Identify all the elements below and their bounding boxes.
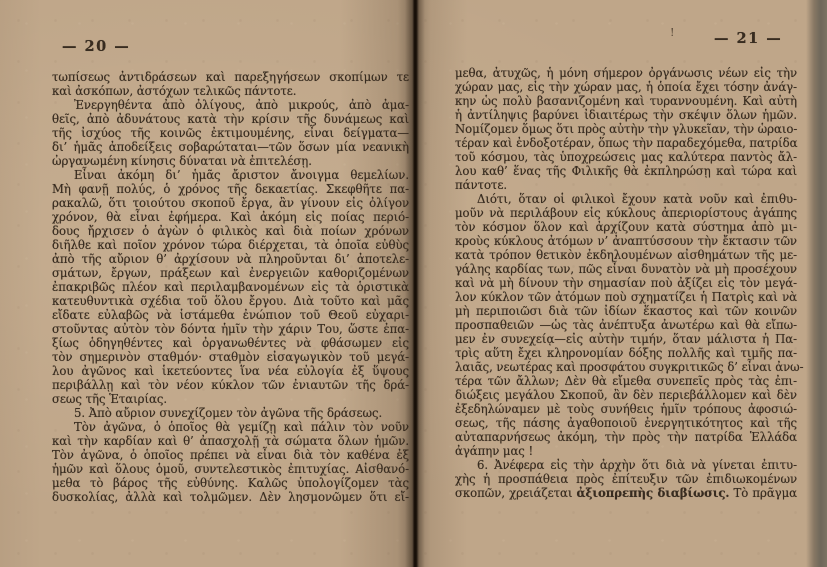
- left-page-number: — 20 —: [62, 38, 130, 55]
- text-line: στοῦντας αὐτὸν τὸν δόντα ἡμῖν τὴν χάριν …: [52, 322, 409, 336]
- text-line: θεῖς, ἀπὸ ἀδυνάτους κατὰ τὴν κρίσιν τῆς …: [52, 112, 409, 126]
- text-line: πάντοτε.: [455, 178, 797, 192]
- bold-phrase: ἀξιοπρεπὴς διαβίωσις.: [577, 486, 730, 500]
- text-line: κην ὡς πολὺ βασανιζομένη καὶ τυραννουμέν…: [455, 94, 797, 108]
- text-line: μοῦν νὰ περιλάβουν εἰς κύκλους ἀπεριορίσ…: [455, 206, 797, 220]
- text-line: Μὴ φανῇ πολύς, ὁ χρόνος τῆς δεκαετίας. Σ…: [52, 182, 409, 196]
- text-line: μεν ἐν συνεχείᾳ—εἰς αὐτὴν τιμήν, ὅταν μά…: [455, 332, 797, 346]
- text-line: γάλης καρδίας των, πῶς εἶναι δυνατὸν νὰ …: [455, 262, 797, 276]
- text-line: δι’ ἡμᾶς ἀποδείξεις σοβαρώταται—τῶν ὅσων…: [52, 140, 409, 154]
- text-line: δυσκολίας, ἀλλὰ καὶ τολμῶμεν. Δὲν λησμον…: [52, 490, 409, 504]
- left-page: — 20 — τωπίσεως ἀντιδράσεων καὶ παρεξηγή…: [0, 0, 414, 567]
- text-line: μὴ περιποιῶσι διὰ τῶν ἰδίων ἕκαστος καὶ …: [455, 304, 797, 318]
- text-line: καὶ ἀσκόπων, ἀστόχων τελικῶς πάντοτε.: [52, 84, 409, 98]
- text-line: σκοπῶν, χρειάζεται ἀξιοπρεπὴς διαβίωσις.…: [455, 486, 797, 500]
- text-line: τοῦ κόσμου, τὰς ὑποχρεώσεις μας καλύτερα…: [455, 150, 797, 164]
- text-line: τέραν καὶ ἐνδοξοτέραν, ὅπως τὴν παραδεχό…: [455, 136, 797, 150]
- text-line: κατὰ τρόπον θετικὸν ἐκδηλουμένων αἰσθημά…: [455, 248, 797, 262]
- text-line: προσπαθειῶν —ὡς τὰς ἀνέπτυξα ἀνωτέρω καὶ…: [455, 318, 797, 332]
- right-page-number: — 21 —: [714, 30, 782, 47]
- text-line: χρόνον, θὰ εἶναι ἐφήμερα. Καὶ ἀκόμη εἰς …: [52, 210, 409, 224]
- text-line: Τὸν ἀγῶνα, ὁ ὁποῖος πρέπει νὰ εἶναι διὰ …: [52, 448, 409, 462]
- text-segment: σκοπῶν, χρειάζεται: [455, 486, 577, 500]
- text-line: ἐπακριβῶς πλέον καὶ περιλαμβανομένων εἰς…: [52, 280, 409, 294]
- text-line: τὸν σημερινὸν σταθμόν· σταθμὸν εἰσαγωγικ…: [52, 350, 409, 364]
- text-line: ἡμῶν καὶ ὅλους ὁμοῦ, συντελεστικὸς ἐπιτυ…: [52, 462, 409, 476]
- text-line: λου ἀγῶνος καὶ ἱκετεύοντες ἵνα νέα εὐλογ…: [52, 364, 409, 378]
- text-line: χὴς ἡ προσπάθεια πρὸς ἐπίτευξιν τῶν ἐπιδ…: [455, 472, 797, 486]
- right-page: ! — 21 — μεθα, ἀτυχῶς, ἡ μόνη σήμερον ὀρ…: [414, 0, 827, 567]
- text-line: Ἐνεργηθέντα ἀπὸ ὀλίγους, ἀπὸ μικρούς, ἀπ…: [52, 98, 409, 112]
- text-line: Τὸν ἀγῶνα, ὁ ὁποῖος θὰ γεμίζῃ καὶ πάλιν …: [52, 420, 409, 434]
- text-line: καὶ νὰ μὴ δίνουν τὴν σημασίαν ποὺ ἀξίζει…: [455, 276, 797, 290]
- text-line: κατευθυντικὰ σχέδια τοῦ ὅλου ἔργου. Διὰ …: [52, 294, 409, 308]
- text-line: Διότι, ὅταν οἱ φιλικοὶ ἔχουν κατὰ νοῦν κ…: [455, 192, 797, 206]
- text-line: μεθα, ἀτυχῶς, ἡ μόνη σήμερον ὀργάνωσις ν…: [455, 66, 797, 80]
- text-line: ὠργανωμένη κίνησις δύναται νὰ ἐπιτελέσῃ.: [52, 154, 409, 168]
- text-line: αὐταπαρνήσεως ἀκόμη, τὴν πρὸς τὴν πατρίδ…: [455, 430, 797, 444]
- text-line: ρακαλῶ, ὅτι τοιούτου σκοποῦ ἔργα, ἂν γίν…: [52, 196, 409, 210]
- text-line: τρὶς αὕτη ἔχει κληρονομίαν δόξης πολλῆς …: [455, 346, 797, 360]
- text-line: σεως τῆς Ἑταιρίας.: [52, 392, 409, 406]
- text-line: λαιᾶς, νεωτέρας καὶ προσφάτου συγκριτικῶ…: [455, 360, 797, 374]
- text-line: διώξεις μεγάλου Σκοποῦ, ἂν δὲν περιεβάλλ…: [455, 388, 797, 402]
- text-line: 6. Ἀνέφερα εἰς τὴν ἀρχὴν ὅτι διὰ νὰ γίνε…: [455, 458, 797, 472]
- text-line: ξίως ὁδηγηθέντες καὶ ὀργανωθέντες νὰ φθά…: [52, 336, 409, 350]
- text-segment: Τὸ πρᾶγμα: [729, 486, 797, 500]
- text-line: λου καθ’ ἕνας τῆς Φιλικῆς θὰ ἐκπληρώσῃ κ…: [455, 164, 797, 178]
- text-line: μεθα τὸ βάρος τῆς εὐθύνης. Καλῶς ὑπολογί…: [52, 476, 409, 490]
- text-line: τωπίσεως ἀντιδράσεων καὶ παρεξηγήσεων σκ…: [52, 70, 409, 84]
- right-page-text: μεθα, ἀτυχῶς, ἡ μόνη σήμερον ὀργάνωσις ν…: [455, 66, 797, 500]
- text-line: λον κύκλον τῶν ἀτόμων ποὺ σχηματίζει ἡ Π…: [455, 290, 797, 304]
- text-line: εἴδατε εὐλαβῶς νὰ ἱστάμεθα ἐνώπιον τοῦ Θ…: [52, 308, 409, 322]
- text-line: Εἶναι ἀκόμη δι’ ἡμᾶς ἄριστον ἄνοιγμα θεμ…: [52, 168, 409, 182]
- text-line: περιβάλλῃ καὶ τὸν νέον κύκλον τῶν ἐνιαυτ…: [52, 378, 409, 392]
- page-edge-shadow: [806, 0, 827, 567]
- text-line: κροὺς κύκλους ἀτόμων ν’ ἀναπτύσσουν τὴν …: [455, 234, 797, 248]
- text-line: ἐξεδηλώναμεν μὲ τοὺς συνήθεις ἡμῖν τρόπο…: [455, 402, 797, 416]
- text-line: ἡ ἀντίληψις βαρύνει ἰδιαιτέρως τὴν σκέψι…: [455, 108, 797, 122]
- text-line: Νομίζομεν ὅμως ὅτι πρὸς αὐτὴν τὴν γλυκεῖ…: [455, 122, 797, 136]
- ink-artifact-mark: !: [670, 26, 674, 39]
- text-line: ἀπὸ τῆς αὔριον θ’ ἀρχίσουν νὰ πληροῦνται…: [52, 252, 409, 266]
- text-line: σμάτων, ἔργων, πράξεων καὶ ἐνεργειῶν καθ…: [52, 266, 409, 280]
- book-gutter-shadow: [405, 0, 425, 567]
- text-line: τὸν κόσμον ὅλον καὶ ἀρχίζουν κατὰ σύστημ…: [455, 220, 797, 234]
- text-line: 5. Ἀπὸ αὔριον συνεχίζομεν τὸν ἀγῶνα τῆς …: [52, 406, 409, 420]
- text-line: σεως, τῆς πάσης ἀγαθοποιοῦ ἐνεργητικότητ…: [455, 416, 797, 430]
- text-line: τῆς ἰσχύος τῆς κοινῶς ἐκτιμουμένης, εἶνα…: [52, 126, 409, 140]
- book-spread-scan: — 20 — τωπίσεως ἀντιδράσεων καὶ παρεξηγή…: [0, 0, 827, 567]
- text-line: ἀγάπην μας !: [455, 444, 797, 458]
- text-line: χώραν μας, εἰς τὴν χώραν μας, ἡ ὁποία ἔχ…: [455, 80, 797, 94]
- text-line: τέρα τῶν ἄλλων; Δὲν θὰ εἴμεθα συνεπεῖς π…: [455, 374, 797, 388]
- text-line: καὶ τὴν καρδίαν καὶ θ’ ἀπασχολῇ τὰ σώματ…: [52, 434, 409, 448]
- text-line: δους ἤρχισεν ὁ ἀγὼν ὁ φιλικὸς καὶ διὰ πο…: [52, 224, 409, 238]
- left-page-text: τωπίσεως ἀντιδράσεων καὶ παρεξηγήσεων σκ…: [52, 70, 409, 504]
- text-line: διῆλθε καὶ ποῖον χρόνον τώρα διέρχεται, …: [52, 238, 409, 252]
